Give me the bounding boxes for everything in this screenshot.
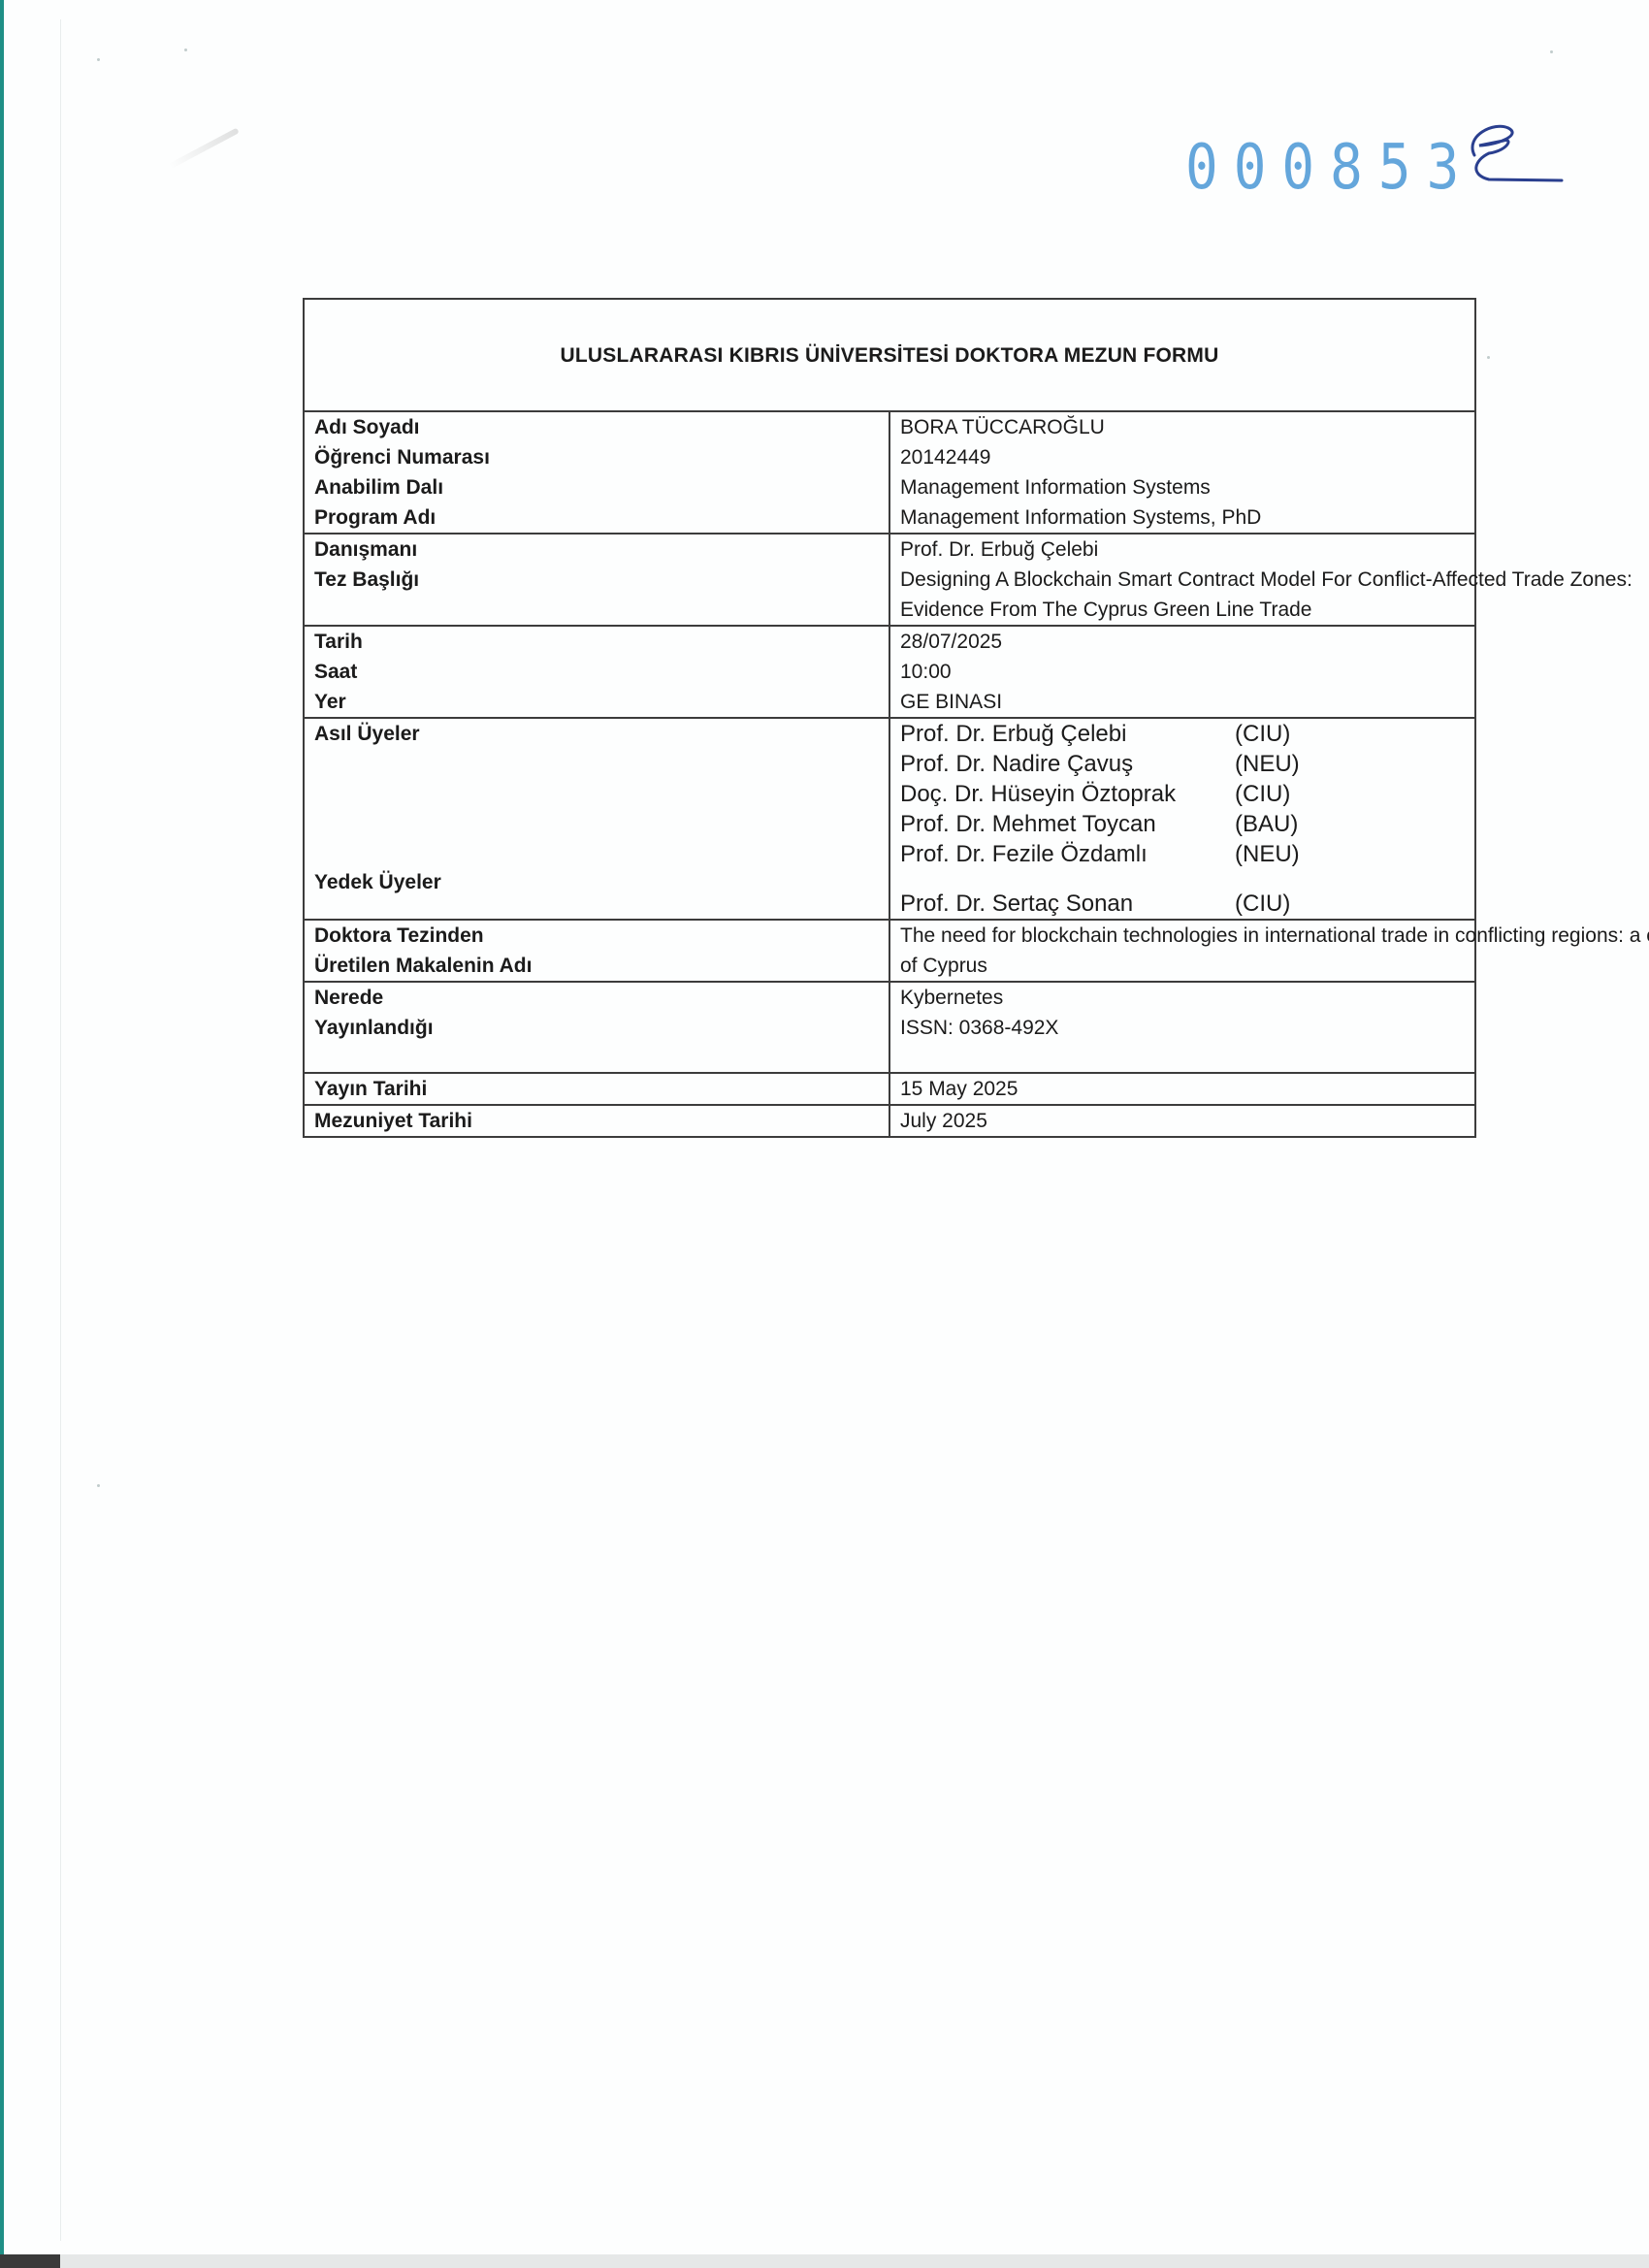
member-affiliation: (CIU) (1235, 719, 1290, 749)
defense-time: 10:00 (900, 657, 1465, 687)
scan-speck (97, 58, 100, 61)
member-name: Prof. Dr. Mehmet Toycan (900, 809, 1235, 839)
label-student-number: Öğrenci Numarası (314, 442, 879, 472)
document-number-stamp: 000853 (1185, 131, 1474, 204)
graduation-date-row: Mezuniyet Tarihi July 2025 (304, 1105, 1475, 1137)
label-date: Tarih (314, 627, 879, 657)
scan-speck (97, 1484, 100, 1487)
article-title-line: of Cyprus (900, 951, 1465, 981)
label-thesis-title: Tez Başlığı (314, 565, 879, 595)
scan-speck (1550, 50, 1553, 53)
department: Management Information Systems (900, 472, 1465, 502)
member-name: Prof. Dr. Erbuğ Çelebi (900, 719, 1235, 749)
committee-member: Prof. Dr. Fezile Özdamlı(NEU) (900, 839, 1465, 869)
member-affiliation: (NEU) (1235, 839, 1300, 869)
label-department: Anabilim Dalı (314, 472, 879, 502)
committee-member: Prof. Dr. Nadire Çavuş(NEU) (900, 749, 1465, 779)
committee-member: Prof. Dr. Mehmet Toycan(BAU) (900, 809, 1465, 839)
committee-member: Prof. Dr. Sertaç Sonan(CIU) (900, 889, 1465, 919)
student-number: 20142449 (900, 442, 1465, 472)
article-row: Doktora Tezinden Üretilen Makalenin Adı … (304, 920, 1475, 982)
committee-member: Prof. Dr. Erbuğ Çelebi(CIU) (900, 719, 1465, 749)
label-article-2: Üretilen Makalenin Adı (314, 951, 879, 981)
defense-row: Tarih Saat Yer 28/07/2025 10:00 GE BINAS… (304, 626, 1475, 718)
published-in-row: Nerede Yayınlandığı Kybernetes ISSN: 036… (304, 982, 1475, 1073)
member-affiliation: (BAU) (1235, 809, 1298, 839)
label-principal-members: Asıl Üyeler (314, 719, 879, 749)
label-graduation-date: Mezuniyet Tarihi (304, 1105, 889, 1137)
graduation-date: July 2025 (889, 1105, 1475, 1137)
defense-location: GE BINASI (900, 687, 1465, 717)
article-title-line: The need for blockchain technologies in … (900, 921, 1465, 951)
member-affiliation: (CIU) (1235, 779, 1290, 809)
label-name: Adı Soyadı (314, 412, 879, 442)
member-affiliation: (NEU) (1235, 749, 1300, 779)
thesis-title-line: Designing A Blockchain Smart Contract Mo… (900, 565, 1465, 595)
label-program: Program Adı (314, 502, 879, 533)
scan-speck (1487, 356, 1490, 359)
signature-icon (1455, 116, 1571, 194)
label-substitute-members: Yedek Üyeler (314, 867, 441, 897)
scan-edge (0, 0, 4, 2268)
publication-date-row: Yayın Tarihi 15 May 2025 (304, 1073, 1475, 1105)
member-name: Prof. Dr. Fezile Özdamlı (900, 839, 1235, 869)
scan-smudge (168, 128, 239, 170)
defense-date: 28/07/2025 (900, 627, 1465, 657)
scan-bottom-corner (0, 2254, 60, 2268)
label-advisor: Danışmanı (314, 535, 879, 565)
student-name: BORA TÜCCAROĞLU (900, 412, 1465, 442)
label-publication-date: Yayın Tarihi (304, 1073, 889, 1105)
label-time: Saat (314, 657, 879, 687)
substitute-members-list: Prof. Dr. Sertaç Sonan(CIU) (900, 889, 1465, 919)
committee-member: Doç. Dr. Hüseyin Öztoprak(CIU) (900, 779, 1465, 809)
journal-name: Kybernetes (900, 983, 1465, 1013)
thesis-row: Danışmanı Tez Başlığı Prof. Dr. Erbuğ Çe… (304, 534, 1475, 626)
page-edge-line (60, 19, 61, 2241)
member-name: Prof. Dr. Nadire Çavuş (900, 749, 1235, 779)
program: Management Information Systems, PhD (900, 502, 1465, 533)
label-article-1: Doktora Tezinden (314, 921, 879, 951)
student-info-row: Adı Soyadı Öğrenci Numarası Anabilim Dal… (304, 411, 1475, 534)
form-title: ULUSLARARASI KIBRIS ÜNİVERSİTESİ DOKTORA… (304, 299, 1475, 411)
advisor: Prof. Dr. Erbuğ Çelebi (900, 535, 1465, 565)
principal-members-list: Prof. Dr. Erbuğ Çelebi(CIU)Prof. Dr. Nad… (900, 719, 1465, 869)
graduate-form-table: ULUSLARARASI KIBRIS ÜNİVERSİTESİ DOKTORA… (303, 298, 1476, 1138)
publication-date: 15 May 2025 (889, 1073, 1475, 1105)
scan-speck (184, 49, 187, 51)
label-location: Yer (314, 687, 879, 717)
committee-row: Asıl Üyeler Yedek Üyeler Prof. Dr. Erbuğ… (304, 718, 1475, 920)
label-published-2: Yayınlandığı (314, 1013, 879, 1043)
member-name: Prof. Dr. Sertaç Sonan (900, 889, 1235, 919)
member-name: Doç. Dr. Hüseyin Öztoprak (900, 779, 1235, 809)
member-affiliation: (CIU) (1235, 889, 1290, 919)
scan-bottom-strip (0, 2254, 1649, 2268)
journal-issn: ISSN: 0368-492X (900, 1013, 1465, 1043)
thesis-title-line: Evidence From The Cyprus Green Line Trad… (900, 595, 1465, 625)
label-published-1: Nerede (314, 983, 879, 1013)
